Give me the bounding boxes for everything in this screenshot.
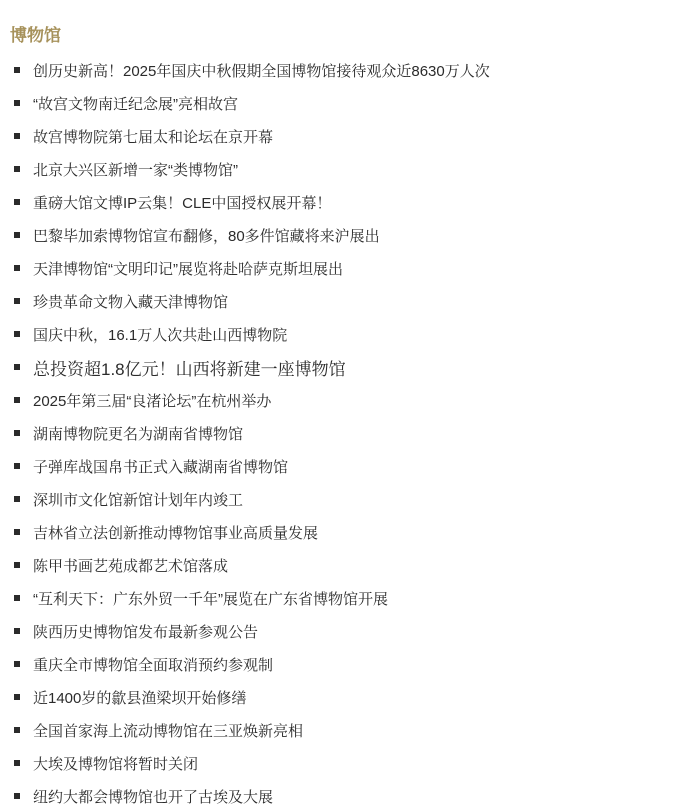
news-item[interactable]: 近1400岁的歙县渔梁坝开始修缮 xyxy=(10,680,680,713)
news-item[interactable]: 天津博物馆“文明印记”展览将赴哈萨克斯坦展出 xyxy=(10,251,680,284)
news-item[interactable]: 巴黎毕加索博物馆宣布翻修，80多件馆藏将来沪展出 xyxy=(10,218,680,251)
news-headline-link[interactable]: 陕西历史博物馆发布最新参观公告 xyxy=(33,621,258,642)
news-item[interactable]: 全国首家海上流动博物馆在三亚焕新亮相 xyxy=(10,713,680,746)
news-item[interactable]: 吉林省立法创新推动博物馆事业高质量发展 xyxy=(10,515,680,548)
news-item[interactable]: 总投资超1.8亿元！山西将新建一座博物馆 xyxy=(10,350,680,383)
news-item[interactable]: 2025年第三届“良渚论坛”在杭州举办 xyxy=(10,383,680,416)
news-headline-link[interactable]: “互利天下：广东外贸一千年”展览在广东省博物馆开展 xyxy=(33,588,388,609)
news-headline-link[interactable]: 故宫博物院第七届太和论坛在京开幕 xyxy=(33,126,273,147)
news-item[interactable]: 创历史新高！2025年国庆中秋假期全国博物馆接待观众近8630万人次 xyxy=(10,53,680,86)
news-item[interactable]: 国庆中秋，16.1万人次共赴山西博物院 xyxy=(10,317,680,350)
news-headline-link[interactable]: 国庆中秋，16.1万人次共赴山西博物院 xyxy=(33,324,287,345)
news-item[interactable]: 陈甲书画艺苑成都艺术馆落成 xyxy=(10,548,680,581)
news-item[interactable]: 湖南博物院更名为湖南省博物馆 xyxy=(10,416,680,449)
museum-news-section: 博物馆 创历史新高！2025年国庆中秋假期全国博物馆接待观众近8630万人次 “… xyxy=(0,0,700,807)
news-headline-link[interactable]: 重庆全市博物馆全面取消预约参观制 xyxy=(33,654,273,675)
news-item[interactable]: 珍贵革命文物入藏天津博物馆 xyxy=(10,284,680,317)
news-item[interactable]: “故宫文物南迁纪念展”亮相故宫 xyxy=(10,86,680,119)
news-item[interactable]: 重磅大馆文博IP云集！CLE中国授权展开幕！ xyxy=(10,185,680,218)
news-headline-link[interactable]: 陈甲书画艺苑成都艺术馆落成 xyxy=(33,555,228,576)
news-headline-list: 创历史新高！2025年国庆中秋假期全国博物馆接待观众近8630万人次 “故宫文物… xyxy=(10,53,680,807)
news-headline-link[interactable]: 巴黎毕加索博物馆宣布翻修，80多件馆藏将来沪展出 xyxy=(33,225,380,246)
news-headline-link[interactable]: 珍贵革命文物入藏天津博物馆 xyxy=(33,291,228,312)
news-headline-link[interactable]: 深圳市文化馆新馆计划年内竣工 xyxy=(33,489,243,510)
news-headline-link[interactable]: 纽约大都会博物馆也开了古埃及大展 xyxy=(33,786,273,807)
news-item[interactable]: 陕西历史博物馆发布最新参观公告 xyxy=(10,614,680,647)
news-item[interactable]: 大埃及博物馆将暂时关闭 xyxy=(10,746,680,779)
news-item[interactable]: 子弹库战国帛书正式入藏湖南省博物馆 xyxy=(10,449,680,482)
news-headline-link[interactable]: 子弹库战国帛书正式入藏湖南省博物馆 xyxy=(33,456,288,477)
news-item[interactable]: 深圳市文化馆新馆计划年内竣工 xyxy=(10,482,680,515)
news-headline-link[interactable]: 创历史新高！2025年国庆中秋假期全国博物馆接待观众近8630万人次 xyxy=(33,60,490,81)
news-headline-link[interactable]: 重磅大馆文博IP云集！CLE中国授权展开幕！ xyxy=(33,192,331,213)
news-item[interactable]: 故宫博物院第七届太和论坛在京开幕 xyxy=(10,119,680,152)
news-headline-link[interactable]: 总投资超1.8亿元！山西将新建一座博物馆 xyxy=(33,355,346,380)
news-item[interactable]: 纽约大都会博物馆也开了古埃及大展 xyxy=(10,779,680,807)
news-headline-link[interactable]: “故宫文物南迁纪念展”亮相故宫 xyxy=(33,93,238,114)
news-item[interactable]: 北京大兴区新增一家“类博物馆” xyxy=(10,152,680,185)
news-item[interactable]: “互利天下：广东外贸一千年”展览在广东省博物馆开展 xyxy=(10,581,680,614)
news-headline-link[interactable]: 湖南博物院更名为湖南省博物馆 xyxy=(33,423,243,444)
news-headline-link[interactable]: 全国首家海上流动博物馆在三亚焕新亮相 xyxy=(33,720,303,741)
news-headline-link[interactable]: 近1400岁的歙县渔梁坝开始修缮 xyxy=(33,687,246,708)
section-title: 博物馆 xyxy=(10,27,680,45)
news-headline-link[interactable]: 天津博物馆“文明印记”展览将赴哈萨克斯坦展出 xyxy=(33,258,343,279)
news-headline-link[interactable]: 北京大兴区新增一家“类博物馆” xyxy=(33,159,238,180)
news-item[interactable]: 重庆全市博物馆全面取消预约参观制 xyxy=(10,647,680,680)
news-headline-link[interactable]: 2025年第三届“良渚论坛”在杭州举办 xyxy=(33,390,271,411)
news-headline-link[interactable]: 吉林省立法创新推动博物馆事业高质量发展 xyxy=(33,522,318,543)
news-headline-link[interactable]: 大埃及博物馆将暂时关闭 xyxy=(33,753,198,774)
